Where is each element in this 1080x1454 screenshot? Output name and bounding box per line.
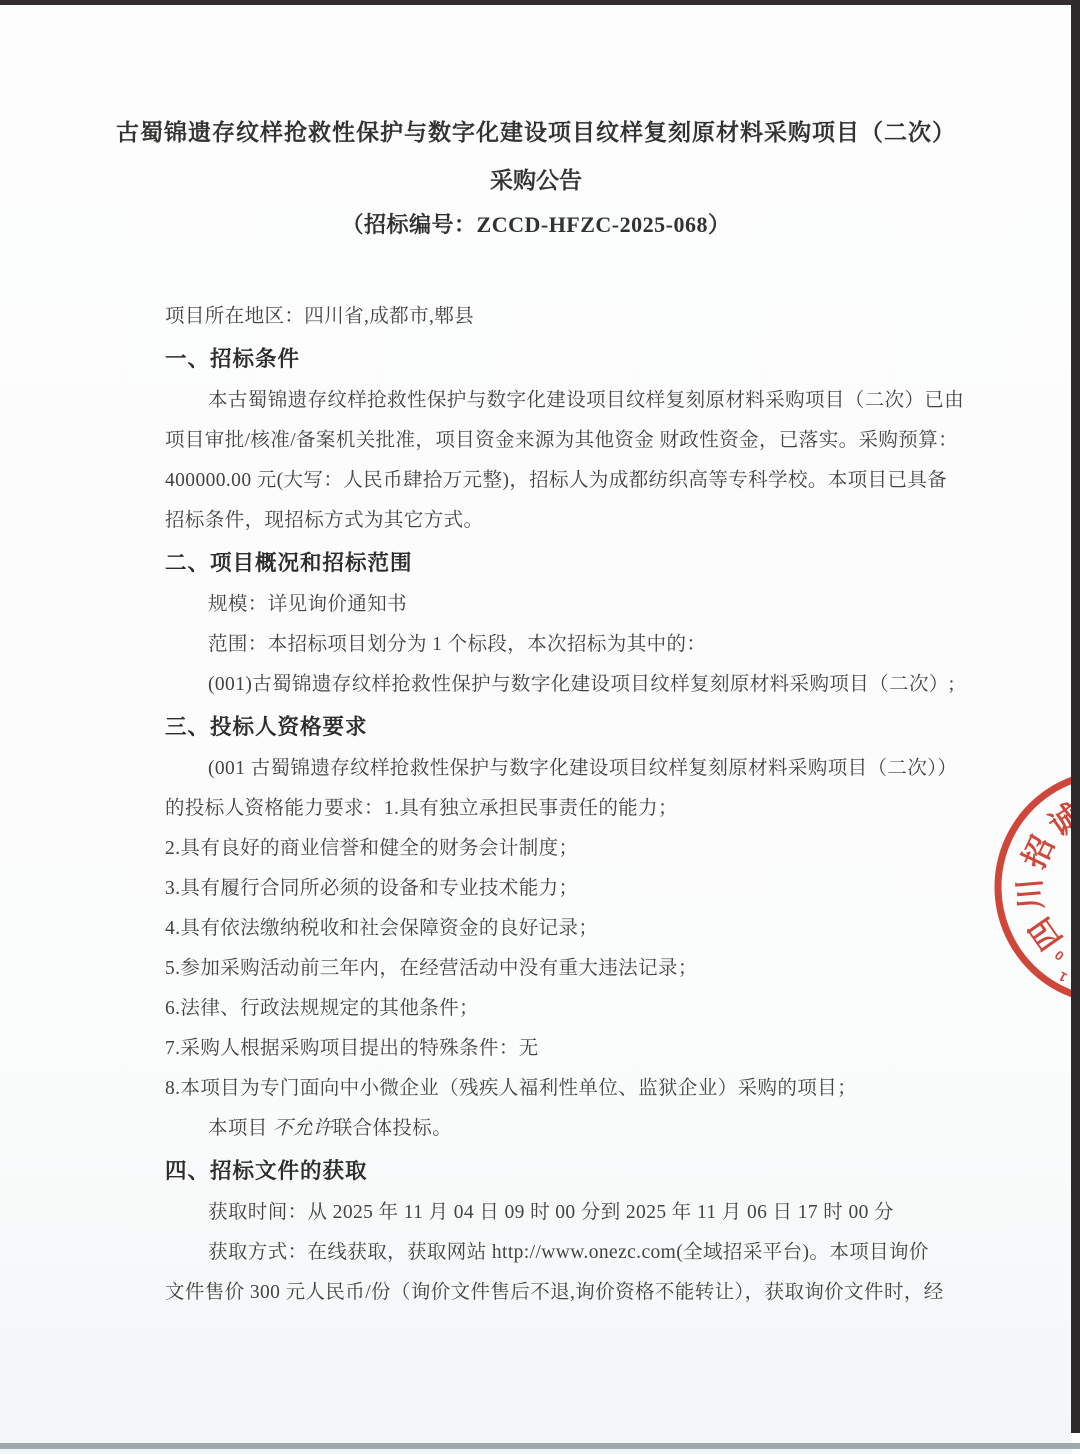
doc-line: 招标条件，现招标方式为其它方式。 (165, 501, 1012, 541)
doc-line: 3.具有履行合同所必须的设备和专业技术能力； (165, 869, 1012, 909)
doc-line: 获取时间：从 2025 年 11 月 04 日 09 时 00 分到 2025 … (165, 1193, 1012, 1233)
title-block: 古蜀锦遗存纹样抢救性保护与数字化建设项目纹样复刻原材料采购项目（二次） 采购公告… (0, 118, 1072, 240)
red-seal-stamp: 四 川 招 诚 0 1 2 6 (985, 755, 1072, 1025)
photo-border-top (0, 0, 1080, 5)
photo-border-bottom (0, 1443, 1080, 1449)
doc-line: 获取方式：在线获取，获取网站 http://www.onezc.com(全域招采… (165, 1233, 1012, 1273)
doc-line: 的投标人资格能力要求：1.具有独立承担民事责任的能力； (165, 789, 1012, 829)
seal-char-3: 招 (1016, 831, 1061, 874)
seal-char-4: 诚 (1043, 797, 1072, 843)
doc-line: 规模：详见询价通知书 (165, 585, 1012, 625)
tender-number: （招标编号：ZCCD-HFZC-2025-068） (0, 210, 1072, 240)
doc-line: 4.具有依法缴纳税收和社会保障资金的良好记录； (165, 909, 1012, 949)
procurement-notice: 古蜀锦遗存纹样抢救性保护与数字化建设项目纹样复刻原材料采购项目（二次） 采购公告… (0, 0, 1072, 1313)
seal-graphic: 四 川 招 诚 0 1 2 6 (985, 755, 1072, 1035)
doc-line: 二、项目概况和招标范围 (165, 541, 1012, 585)
document-subtitle: 采购公告 (0, 166, 1072, 196)
doc-line: 三、投标人资格要求 (165, 705, 1012, 749)
doc-line: 6.法律、行政法规规定的其他条件； (165, 989, 1012, 1029)
document-title: 古蜀锦遗存纹样抢救性保护与数字化建设项目纹样复刻原材料采购项目（二次） (0, 118, 1072, 148)
doc-text: 联合体投标。 (333, 1118, 452, 1139)
doc-line: 四、招标文件的获取 (165, 1149, 1012, 1193)
document-body: 项目所在地区：四川省,成都市,郫县一、招标条件本古蜀锦遗存纹样抢救性保护与数字化… (0, 297, 1072, 1313)
photo-border-right (1071, 0, 1080, 1433)
seal-digit-2: 1 (1056, 969, 1070, 986)
doc-line: 一、招标条件 (165, 337, 1012, 381)
doc-line: 文件售价 300 元人民币/份（询价文件售后不退,询价资格不能转让），获取询价文… (165, 1273, 1012, 1313)
doc-line: (001)古蜀锦遗存纹样抢救性保护与数字化建设项目纹样复刻原材料采购项目（二次）… (165, 665, 1012, 705)
seal-char-2: 川 (1012, 877, 1050, 911)
doc-line: (001 古蜀锦遗存纹样抢救性保护与数字化建设项目纹样复刻原材料采购项目（二次）… (165, 749, 1012, 789)
document-page: 古蜀锦遗存纹样抢救性保护与数字化建设项目纹样复刻原材料采购项目（二次） 采购公告… (0, 0, 1072, 1454)
emphasized-text: 不允许 (273, 1118, 333, 1139)
doc-line: 8.本项目为专门面向中小微企业（残疾人福利性单位、监狱企业）采购的项目； (165, 1069, 1012, 1109)
doc-line: 5.参加采购活动前三年内，在经营活动中没有重大违法记录； (165, 949, 1012, 989)
doc-text: 本项目 (208, 1118, 273, 1139)
doc-line: 范围：本招标项目划分为 1 个标段，本次招标为其中的： (165, 625, 1012, 665)
doc-line: 项目审批/核准/备案机关批准，项目资金来源为其他资金 财政性资金，已落实。采购预… (165, 421, 1012, 461)
seal-digit-1: 0 (1052, 947, 1067, 963)
doc-line: 400000.00 元(大写：人民币肆拾万元整)，招标人为成都纺织高等专科学校。… (165, 461, 1012, 501)
doc-line: 2.具有良好的商业信誉和健全的财务会计制度； (165, 829, 1012, 869)
doc-line: 本古蜀锦遗存纹样抢救性保护与数字化建设项目纹样复刻原材料采购项目（二次）已由 (165, 381, 1012, 421)
doc-line: 项目所在地区：四川省,成都市,郫县 (165, 297, 1012, 337)
doc-line: 本项目 不允许联合体投标。 (165, 1109, 1012, 1149)
doc-line: 7.采购人根据采购项目提出的特殊条件：无 (165, 1029, 1012, 1069)
